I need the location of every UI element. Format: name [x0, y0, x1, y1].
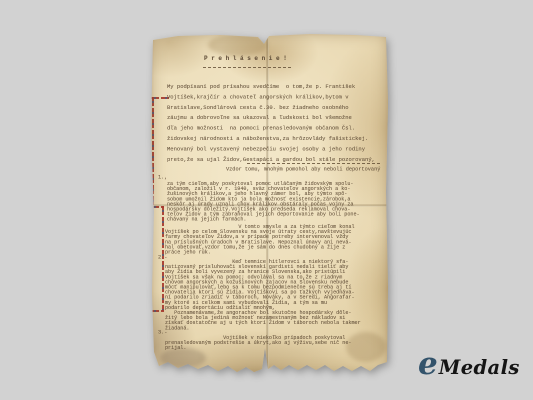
intro-paragraph: My podpísaní pod prísahou svedčíme o tom…	[167, 82, 375, 165]
emedals-wordmark: Medals	[439, 356, 520, 379]
paper-stain	[346, 332, 386, 362]
emedals-watermark: eMedals	[418, 349, 520, 380]
paper-stain	[208, 34, 268, 56]
section1-marker: 1.,	[158, 175, 167, 181]
red-pencil-mark	[150, 310, 164, 312]
red-pencil-mark	[152, 97, 154, 207]
section1-text: za tým cieľom,aby poskytoval pomoc utláč…	[167, 182, 360, 223]
emedals-e-glyph: e	[418, 349, 438, 380]
section3-text: Vojtíšek v niekoľko prípadoch poskytoval…	[165, 336, 351, 351]
title-underline	[203, 67, 291, 68]
paragraph2-text: V tomto smysle a za týmto cieľom konalVo…	[165, 225, 355, 256]
document-photo: P r e h l á s e n i e ! My podpísaní pod…	[150, 32, 389, 375]
emphasis-underline	[247, 163, 380, 164]
document-title: P r e h l á s e n i e !	[204, 55, 287, 62]
section2-text: Keď temnice hitlerovci a niektorý sfa-na…	[165, 260, 361, 331]
note-line: Vzdor tomu, mnohým pomohol aby neboli de…	[226, 167, 380, 173]
aged-paper-sheet: P r e h l á s e n i e ! My podpísaní pod…	[150, 32, 389, 375]
